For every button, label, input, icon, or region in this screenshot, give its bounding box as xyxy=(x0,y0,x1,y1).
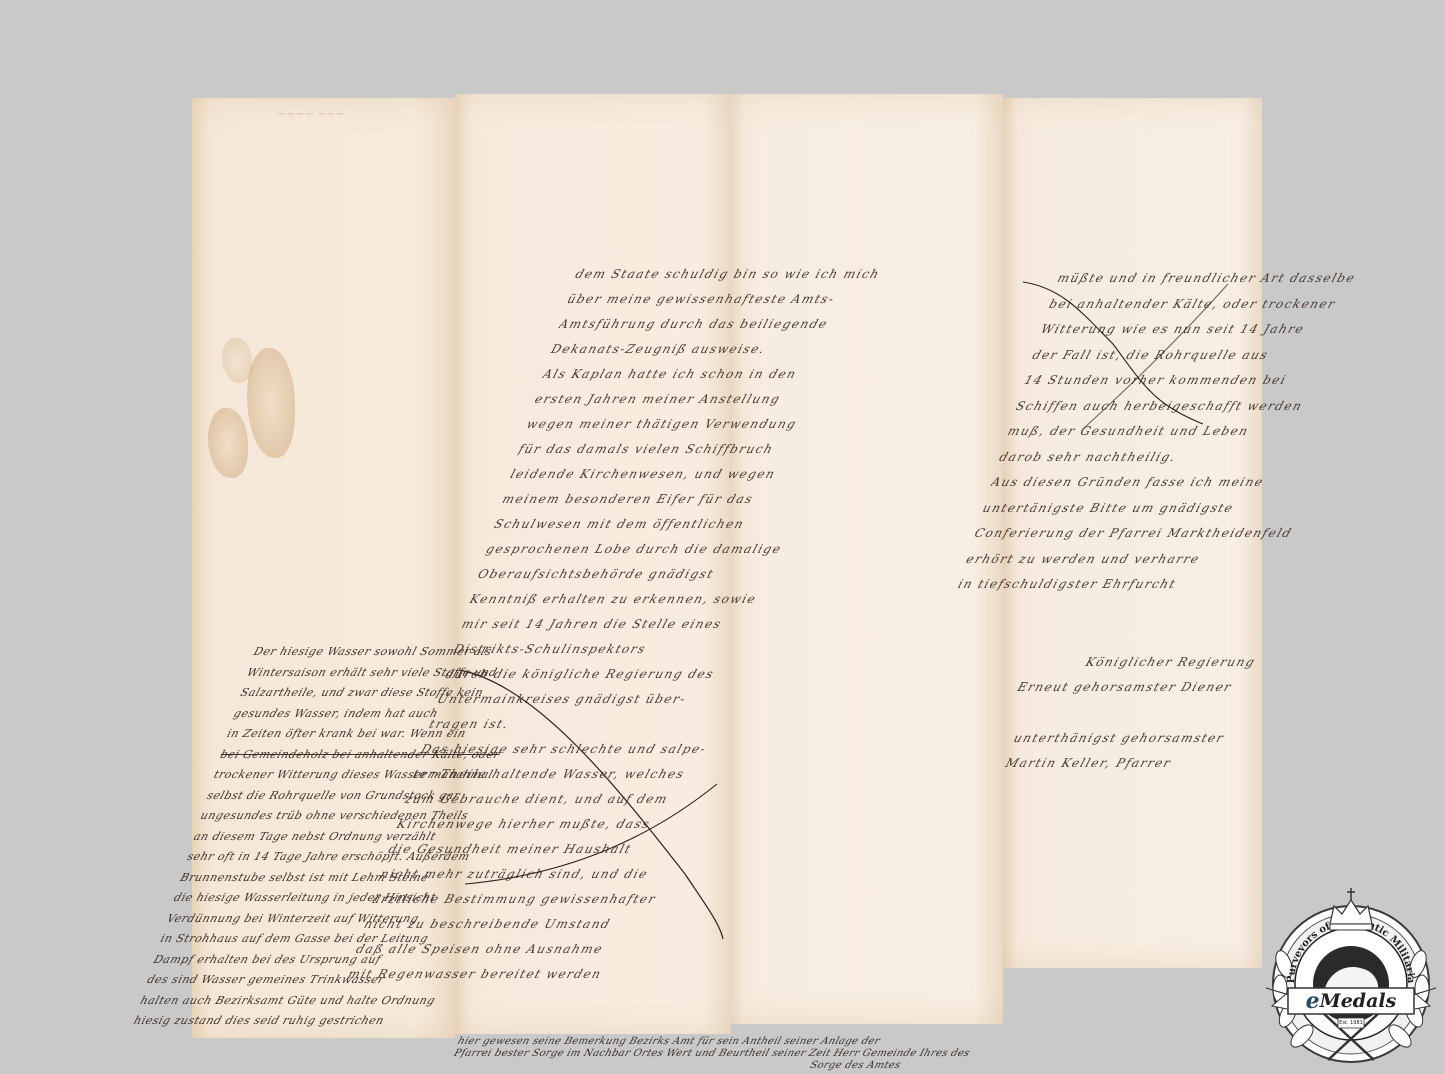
margin-line: Sorge des Amtes xyxy=(448,1060,967,1072)
brand-name: eMedals xyxy=(1288,988,1414,1014)
water-stain xyxy=(247,348,295,458)
text-line: Dampf erhalten bei des Ursprung auf xyxy=(151,950,452,971)
text-line: für das damals vielen Schiffbruch xyxy=(515,437,827,462)
text-line: an diesem Tage nebst Ordnung verzählt xyxy=(191,827,492,848)
text-line: sehr oft in 14 Tage Jahre erschöpft. Auß… xyxy=(184,847,485,868)
established-label: Est. 1981 xyxy=(1338,1018,1364,1028)
text-line: Dekanats-Zeugniß ausweise. xyxy=(547,337,859,362)
text-line: in Strohhaus auf dem Gasse bei der Leitu… xyxy=(157,929,458,950)
text-line: der Fall ist, die Rohrquelle aus xyxy=(1029,343,1354,369)
text-line: Kenntniß erhalten zu erkennen, sowie xyxy=(466,587,778,612)
margin-line: Pfarrei bester Sorge im Nachbar Ortes We… xyxy=(452,1048,971,1060)
text-line: halten auch Bezirksamt Güte und halte Or… xyxy=(137,991,438,1012)
crown-icon xyxy=(1330,888,1372,930)
text-line: bei anhaltender Kälte, oder trockener xyxy=(1045,292,1370,318)
text-line: in tiefschuldigster Ehrfurcht xyxy=(954,572,1279,598)
text-line: mir seit 14 Jahren die Stelle eines xyxy=(458,612,770,637)
text-line: meinem besonderen Eifer für das xyxy=(499,487,811,512)
signature-line: unterthänigst gehorsamster xyxy=(1010,726,1228,751)
text-line: muß, der Gesundheit und Leben xyxy=(1004,419,1329,445)
text-line: müßte und in freundlicher Art dasselbe xyxy=(1054,266,1379,292)
signature-name: Martin Keller, Pfarrer xyxy=(1002,751,1220,776)
text-line: 14 Stunden vorher kommenden bei xyxy=(1020,368,1345,394)
text-line: in Zeiten öfter krank bei war. Wenn ein xyxy=(224,724,525,745)
closing-salutation: Königlicher Regierung Erneut gehorsamste… xyxy=(1014,650,1259,700)
water-stain xyxy=(222,338,252,383)
text-line: Amtsführung durch das beiliegende xyxy=(555,312,867,337)
water-stain xyxy=(208,408,248,478)
folded-letter: ~~~~ ~~~ dem Staate schuldig bin so wie … xyxy=(192,94,1262,1039)
text-line: selbst die Rohrquelle von Grundstock gar xyxy=(204,786,505,807)
text-line: Der hiesige Wasser sowohl Sommer als xyxy=(251,642,552,663)
text-line: Brunnenstube selbst ist mit Lehm Steine xyxy=(177,868,478,889)
text-line: Schulwesen mit dem öffentlichen xyxy=(490,512,802,537)
text-line: wegen meiner thätigen Verwendung xyxy=(523,412,835,437)
text-line: die hiesige Wasserleitung in jeder Hinsi… xyxy=(171,888,472,909)
text-line: ersten Jahren meiner Anstellung xyxy=(531,387,843,412)
text-line: Witterung wie es nun seit 14 Jahre xyxy=(1037,317,1362,343)
signature-block: unterthänigst gehorsamster Martin Keller… xyxy=(1002,726,1228,776)
text-line: Verdünnung bei Winterzeit auf Witterung xyxy=(164,909,465,930)
text-line: Wintersaison erhält sehr viele Stoffe un… xyxy=(244,663,545,684)
brand-suffix: Medals xyxy=(1320,990,1397,1012)
text-line: Oberaufsichtsbehörde gnädigst xyxy=(474,562,786,587)
text-line: hiesig zustand dies seid ruhig gestriche… xyxy=(131,1011,432,1032)
text-line: über meine gewissenhafteste Amts- xyxy=(564,287,876,312)
text-line: Schiffen auch herbeigeschafft werden xyxy=(1012,394,1337,420)
text-line: untertänigste Bitte um gnädigste xyxy=(979,496,1304,522)
text-line: ungesundes trüb ohne verschiedenen Theil… xyxy=(197,806,498,827)
text-line: gesprochenen Lobe durch die damalige xyxy=(482,537,794,562)
laurel-badge-icon: Purveyors of Authentic Militaria xyxy=(1262,884,1440,1070)
text-line: bei Gemeindeholz bei anhaltender Kälte, … xyxy=(217,745,518,766)
emedals-watermark-logo: Purveyors of Authentic Militaria eMedals… xyxy=(1262,884,1440,1070)
text-line: Als Kaplan hatte ich schon in den xyxy=(539,362,851,387)
text-line: trockener Witterung dieses Wasser manchm… xyxy=(211,765,512,786)
text-line: des sind Wasser gemeines Trinkwasser xyxy=(144,970,445,991)
bleed-through-text: ~~~~ ~~~ xyxy=(207,104,345,124)
text-line: dem Staate schuldig bin so wie ich mich xyxy=(572,262,884,287)
closing-line: Erneut gehorsamster Diener xyxy=(1014,675,1251,700)
text-line: Conferierung der Pfarrei Marktheidenfeld xyxy=(971,521,1296,547)
text-line: leidende Kirchenwesen, und wegen xyxy=(507,462,819,487)
brand-prefix: e xyxy=(1306,988,1320,1014)
margin-note: hier gewesen seine Bemerkung Bezirks Amt… xyxy=(448,1036,975,1072)
text-line: gesundes Wasser, indem hat auch xyxy=(231,704,532,725)
margin-line: hier gewesen seine Bemerkung Bezirks Amt… xyxy=(456,1036,975,1048)
text-line: Aus diesen Gründen fasse ich meine xyxy=(987,470,1312,496)
text-line: erhört zu werden und verharre xyxy=(962,547,1287,573)
closing-line: Königlicher Regierung xyxy=(1022,650,1259,675)
text-line: darob sehr nachtheilig. xyxy=(996,445,1321,471)
text-line: Salzartheile, und zwar diese Stoffe kein xyxy=(237,683,538,704)
